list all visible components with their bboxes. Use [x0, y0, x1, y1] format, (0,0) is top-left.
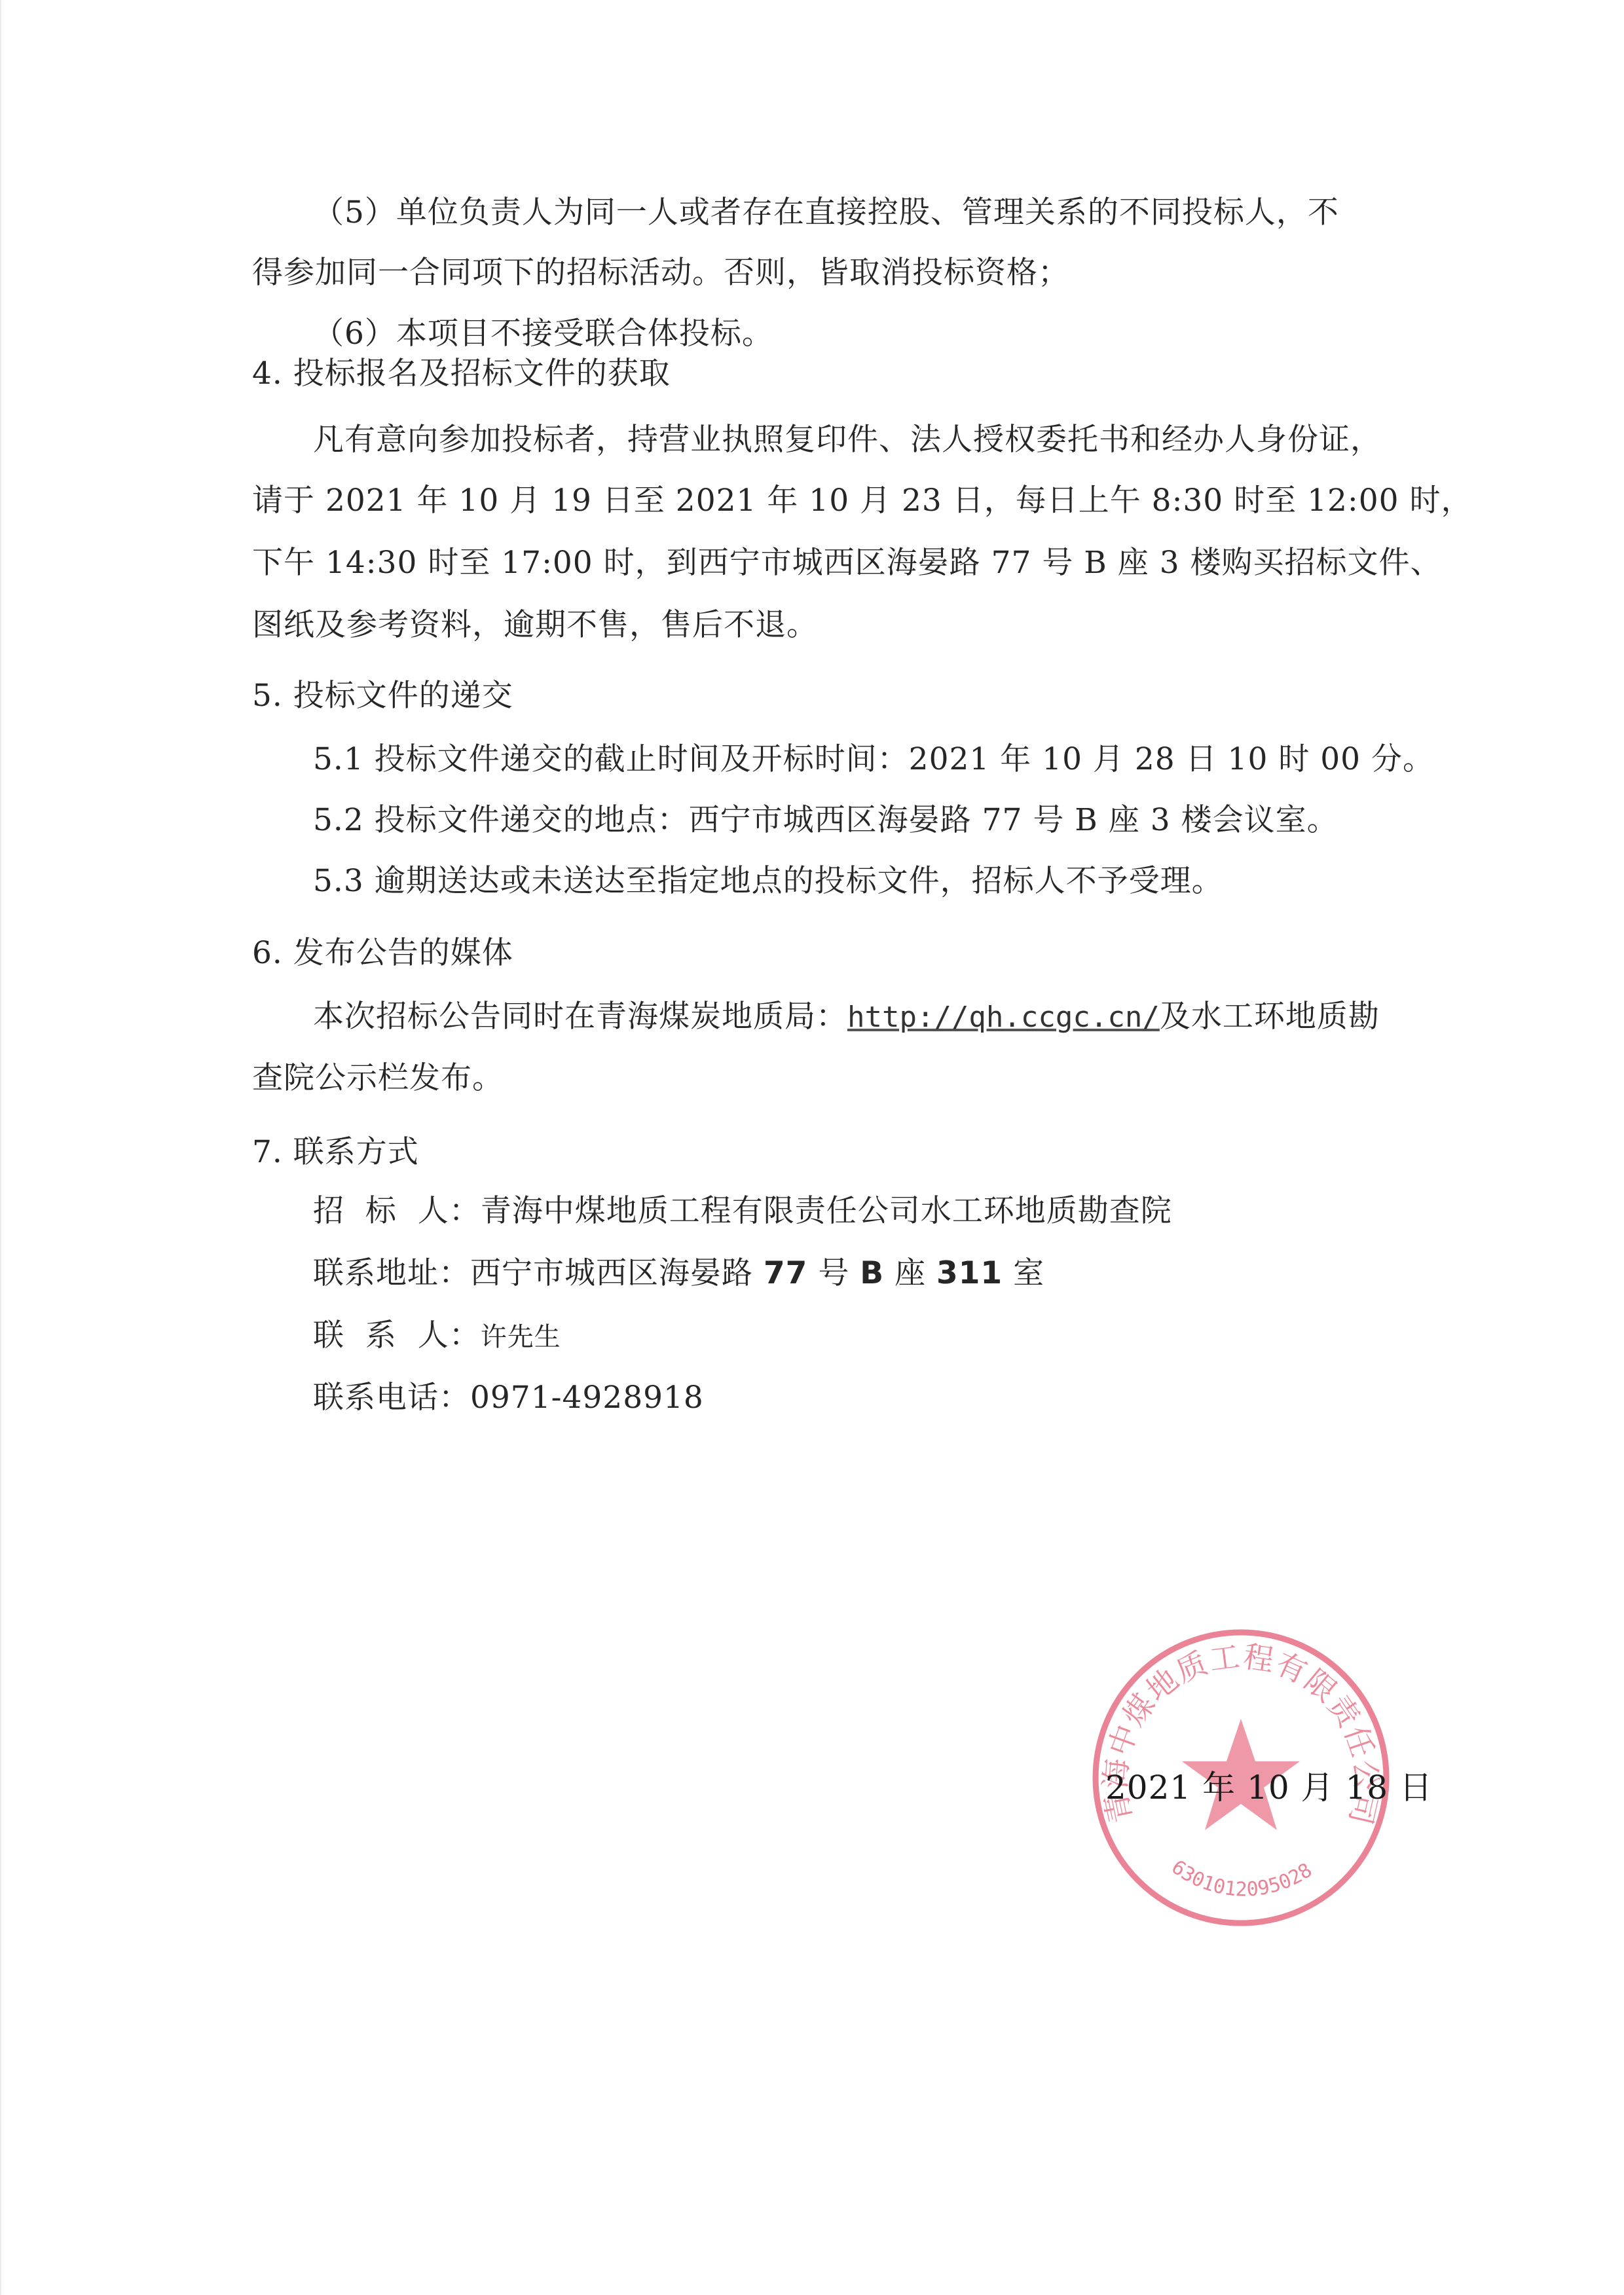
svg-text:6301012095028: 6301012095028	[1167, 1856, 1316, 1901]
phone-label: 联系电话：	[313, 1378, 470, 1418]
contact-phone: 联系电话：0971-4928918	[313, 1378, 704, 1418]
clause-5-line-1: （5）单位负责人为同一人或者存在直接控股、管理关系的不同投标人，不	[313, 193, 1339, 232]
tenderer-label: 招 标 人：	[313, 1192, 481, 1231]
section-4-line-2: 请于 2021 年 10 月 19 日至 2021 年 10 月 23 日，每日…	[252, 481, 1472, 521]
section-4-line-3: 下午 14:30 时至 17:00 时，到西宁市城西区海晏路 77 号 B 座 …	[252, 543, 1442, 583]
section-6-prefix: 本次招标公告同时在青海煤炭地质局：	[313, 999, 847, 1035]
section-6-heading: 6. 发布公告的媒体	[252, 934, 513, 973]
document-page: （5）单位负责人为同一人或者存在直接控股、管理关系的不同投标人，不 得参加同一合…	[0, 0, 1624, 2295]
contact-person-value: 许先生	[481, 1322, 561, 1352]
section-5-item-3: 5.3 逾期送达或未送达至指定地点的投标文件，招标人不予受理。	[313, 862, 1223, 901]
section-5-heading: 5. 投标文件的递交	[252, 676, 513, 716]
section-5-item-2: 5.2 投标文件递交的地点：西宁市城西区海晏路 77 号 B 座 3 楼会议室。	[313, 801, 1338, 840]
section-4-line-4: 图纸及参考资料，逾期不售，售后不退。	[252, 606, 818, 645]
contact-tenderer: 招 标 人：青海中煤地质工程有限责任公司水工环地质勘查院	[313, 1192, 1172, 1231]
address-number: 77	[764, 1255, 807, 1291]
address-zuo: 座	[895, 1255, 926, 1291]
address-building: B	[860, 1255, 884, 1291]
clause-5-line-2: 得参加同一合同项下的招标活动。否则，皆取消投标资格；	[252, 253, 1069, 293]
contact-address: 联系地址：西宁市城西区海晏路 77 号 B 座 311 室	[313, 1254, 1044, 1293]
media-link[interactable]: http://qh.ccgc.cn/	[847, 1001, 1160, 1034]
section-6-suffix: 及水工环地质勘	[1160, 999, 1380, 1035]
signature-date: 2021 年 10 月 18 日	[1105, 1768, 1433, 1807]
contact-person: 联 系 人：许先生	[313, 1316, 561, 1357]
section-4-line-1: 凡有意向参加投标者，持营业执照复印件、法人授权委托书和经办人身份证，	[313, 420, 1382, 460]
phone-value: 0971-4928918	[470, 1380, 704, 1416]
contact-person-label: 联 系 人：	[313, 1316, 481, 1355]
section-4-heading: 4. 投标报名及招标文件的获取	[252, 354, 671, 394]
seal-code: 6301012095028	[1167, 1856, 1316, 1901]
address-hao: 号	[818, 1255, 849, 1291]
address-shi: 室	[1013, 1255, 1044, 1291]
section-5-item-1: 5.1 投标文件递交的截止时间及开标时间：2021 年 10 月 28 日 10…	[313, 740, 1434, 779]
address-room: 311	[936, 1255, 1003, 1291]
section-6-line-1: 本次招标公告同时在青海煤炭地质局：http://qh.ccgc.cn/及水工环地…	[313, 997, 1380, 1037]
tenderer-value: 青海中煤地质工程有限责任公司水工环地质勘查院	[481, 1193, 1172, 1229]
address-prefix: 西宁市城西区海晏路	[470, 1255, 753, 1291]
scan-edge	[0, 0, 1, 2295]
address-label: 联系地址：	[313, 1254, 470, 1293]
section-7-heading: 7. 联系方式	[252, 1133, 419, 1172]
section-6-line-2: 查院公示栏发布。	[252, 1059, 504, 1098]
clause-6: （6）本项目不接受联合体投标。	[313, 314, 773, 354]
